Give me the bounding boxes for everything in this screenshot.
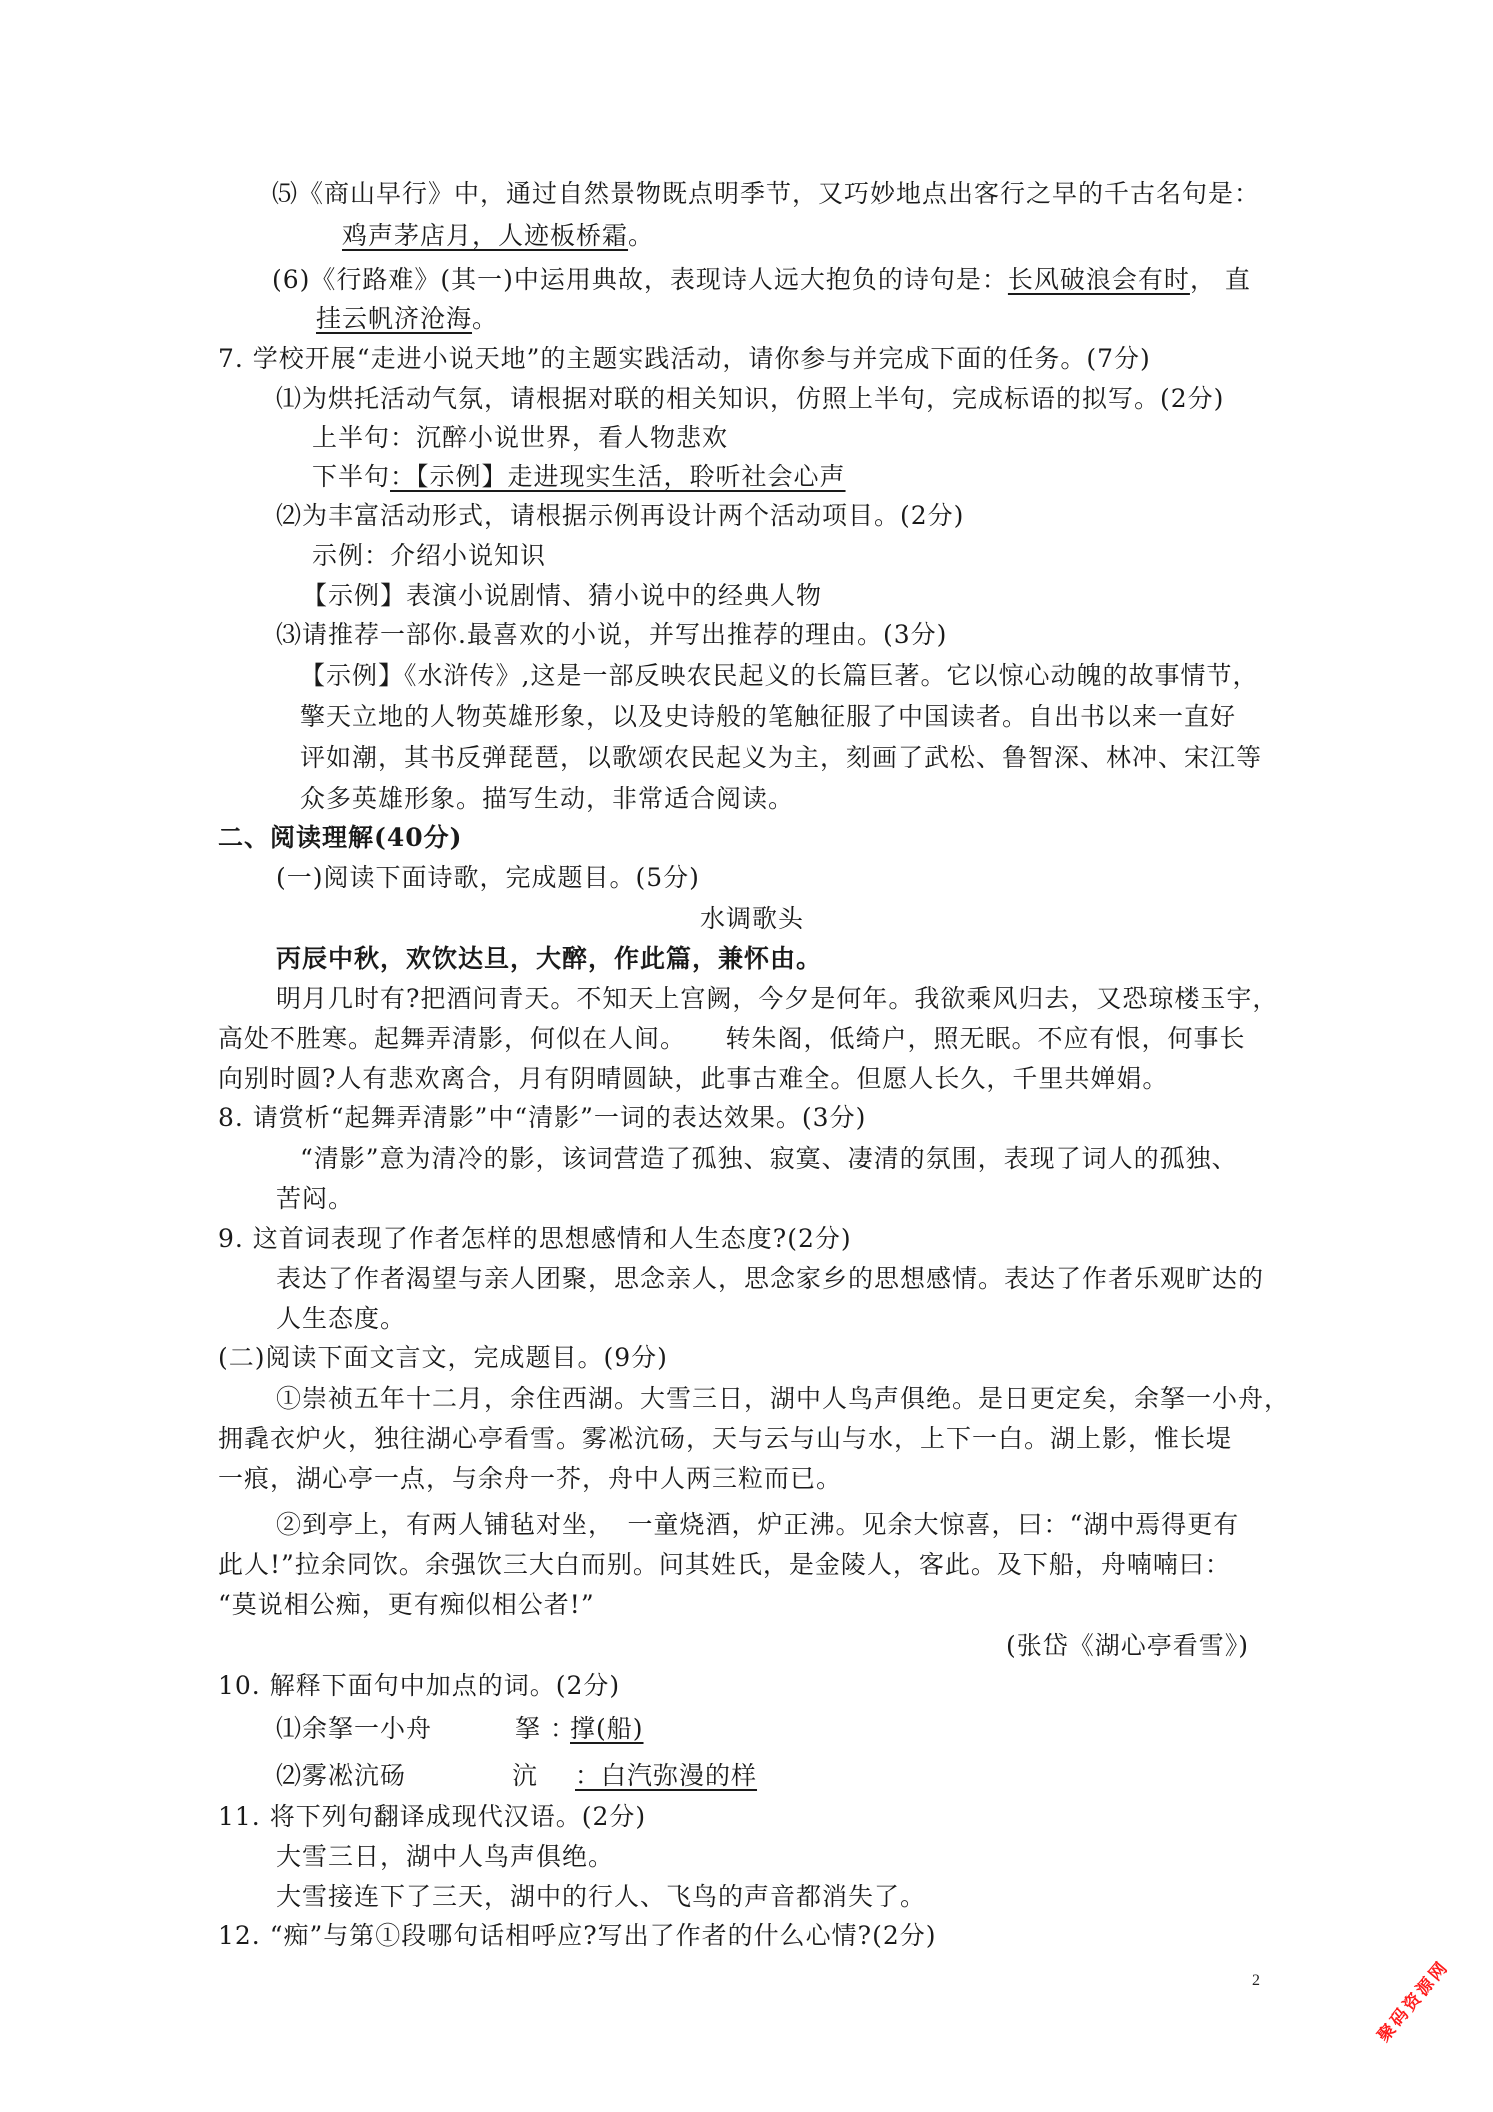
para1-line: 一痕，湖心亭一点，与余舟一芥，舟中人两三粒而已。: [218, 1463, 842, 1495]
q8-question: 8. 请赏析“起舞弄清影”中“清影”一词的表达效果。(3分): [218, 1102, 866, 1134]
q7-sub3-answer-line: 评如潮，其书反弹琵琶，以歌颂农民起义为主，刻画了武松、鲁智深、林冲、宋江等: [300, 742, 1262, 774]
q7-sub1-upper: 上半句：沉醉小说世界，看人物悲欢: [312, 422, 728, 454]
q6-item6-sep: ， 直: [1190, 265, 1251, 294]
q10-item-answer: 撑(船): [570, 1714, 644, 1743]
q7-sub3-answer-line: 【示例】《水浒传》,这是一部反映农民起义的长篇巨著。它以惊心动魄的故事情节，: [300, 660, 1258, 692]
q7-sub3-answer-line: 擎天立地的人物英雄形象，以及史诗般的笔触征服了中国读者。自出书以来一直好: [300, 701, 1236, 733]
q10-question: 10. 解释下面句中加点的词。(2分): [218, 1670, 620, 1702]
section2-heading: 二、阅读理解(40分): [218, 822, 462, 854]
q11-answer: 大雪接连下了三天，湖中的行人、飞鸟的声音都消失了。: [276, 1881, 926, 1913]
q6-item6-end: 。: [472, 304, 498, 333]
q7-sub3-answer-line: 众多英雄形象。描写生动，非常适合阅读。: [300, 783, 794, 815]
q12-question: 12. “痴”与第①段哪句话相呼应?写出了作者的什么心情?(2分): [218, 1920, 937, 1952]
q7-sub1-lower-answer: ：【示例】走进现实生活，聆听社会心声: [390, 462, 846, 491]
q6-item6-answer-a: 长风破浪会有时: [1008, 265, 1190, 294]
q7-sub1-prompt: ⑴为烘托活动气氛，请根据对联的相关知识，仿照上半句，完成标语的拟写。(2分): [276, 383, 1224, 415]
q10-item-phrase: ⑵雾凇沆砀: [276, 1760, 406, 1792]
q6-item6-line2: 挂云帆济沧海。: [316, 303, 498, 335]
q10-item-word: 沆: [512, 1760, 538, 1792]
q7-sub2-answer: 【示例】表演小说剧情、猜小说中的经典人物: [302, 580, 822, 612]
q9-question: 9. 这首词表现了作者怎样的思想感情和人生态度?(2分): [218, 1223, 852, 1255]
q7-sub1-lower-label: 下半句: [312, 462, 390, 491]
q6-item5-answer-line: 鸡声茅店月，人迹板桥霜。: [342, 220, 654, 252]
q7-sub3-prompt: ⑶请推荐一部你.最喜欢的小说，并写出推荐的理由。(3分): [276, 619, 947, 651]
poem-preface: 丙辰中秋，欢饮达旦，大醉，作此篇，兼怀由。: [276, 943, 822, 975]
para2-line: 此人!”拉余同饮。余强饮三大白而别。问其姓氏，是金陵人，客此。及下船，舟喃喃曰：: [218, 1549, 1231, 1581]
poem-line: 向别时圆?人有悲欢离合，月有阴晴圆缺，此事古难全。但愿人长久，千里共婵娟。: [218, 1063, 1168, 1095]
para1-line: ①崇祯五年十二月，余住西湖。大雪三日，湖中人鸟声俱绝。是日更定矣，余拏一小舟，: [276, 1383, 1290, 1415]
q10-item-word: 拏 ：: [515, 1713, 576, 1745]
q10-item-answer: ：白汽弥漫的样: [575, 1761, 757, 1790]
q10-item-answer-wrap: 撑(船): [570, 1713, 644, 1745]
q6-item6-line1: (6)《行路难》(其一)中运用典故，表现诗人远大抱负的诗句是：长风破浪会有时， …: [272, 264, 1251, 296]
q6-item5-answer: 鸡声茅店月，人迹板桥霜: [342, 221, 628, 250]
q7-sub2-example: 示例：介绍小说知识: [312, 540, 546, 572]
q8-answer-line: 苦闷。: [276, 1183, 354, 1215]
para1-line: 拥毳衣炉火，独往湖心亭看雪。雾凇沆砀，天与云与山与水，上下一白。湖上影，惟长堤: [218, 1423, 1232, 1455]
q10-item-phrase: ⑴余拏一小舟: [276, 1713, 432, 1745]
q7-title: 7. 学校开展“走进小说天地”的主题实践活动，请你参与并完成下面的任务。(7分): [218, 343, 1151, 375]
q11-question: 11. 将下列句翻译成现代汉语。(2分): [218, 1801, 646, 1833]
poem-title: 水调歌头: [700, 903, 804, 935]
q7-sub1-lower-line: 下半句：【示例】走进现实生活，聆听社会心声: [312, 461, 846, 493]
q6-item5-prompt: ⑸《商山早行》中，通过自然景物既点明季节，又巧妙地点出客行之早的千古名句是：: [272, 178, 1260, 210]
poem-line: 明月几时有?把酒问青天。不知天上宫阙，今夕是何年。我欲乘风归去，又恐琼楼玉宇，: [276, 983, 1278, 1015]
part1-prompt: (一)阅读下面诗歌，完成题目。(5分): [276, 862, 700, 894]
para2-line: ②到亭上，有两人铺毡对坐， 一童烧酒，炉正沸。见余大惊喜，曰：“湖中焉得更有: [276, 1509, 1239, 1541]
q10-item-answer-wrap: ：白汽弥漫的样: [575, 1760, 757, 1792]
source-citation: (张岱《湖心亭看雪》): [1006, 1630, 1249, 1662]
q6-item5-end: 。: [628, 221, 654, 250]
q11-sentence: 大雪三日，湖中人鸟声俱绝。: [276, 1841, 614, 1873]
part2-prompt: (二)阅读下面文言文，完成题目。(9分): [218, 1342, 668, 1374]
q8-answer-line: “清影”意为清冷的影，该词营造了孤独、寂寞、凄清的氛围，表现了词人的孤独、: [300, 1143, 1238, 1175]
q7-sub2-prompt: ⑵为丰富活动形式，请根据示例再设计两个活动项目。(2分): [276, 500, 964, 532]
q6-item6-answer-b: 挂云帆济沧海: [316, 304, 472, 333]
para2-line: “莫说相公痴，更有痴似相公者!”: [218, 1589, 595, 1621]
q6-item6-prompt: (6)《行路难》(其一)中运用典故，表现诗人远大抱负的诗句是：: [272, 265, 1008, 294]
watermark-stamp: 聚码资源网: [1370, 1953, 1453, 2046]
q9-answer-line: 人生态度。: [276, 1303, 406, 1335]
poem-line: 高处不胜寒。起舞弄清影，何似在人间。 转朱阁，低绮户，照无眠。不应有恨，何事长: [218, 1023, 1246, 1055]
q9-answer-line: 表达了作者渴望与亲人团聚，思念亲人，思念家乡的思想感情。表达了作者乐观旷达的: [276, 1263, 1264, 1295]
page-number: 2: [1252, 1972, 1260, 1990]
